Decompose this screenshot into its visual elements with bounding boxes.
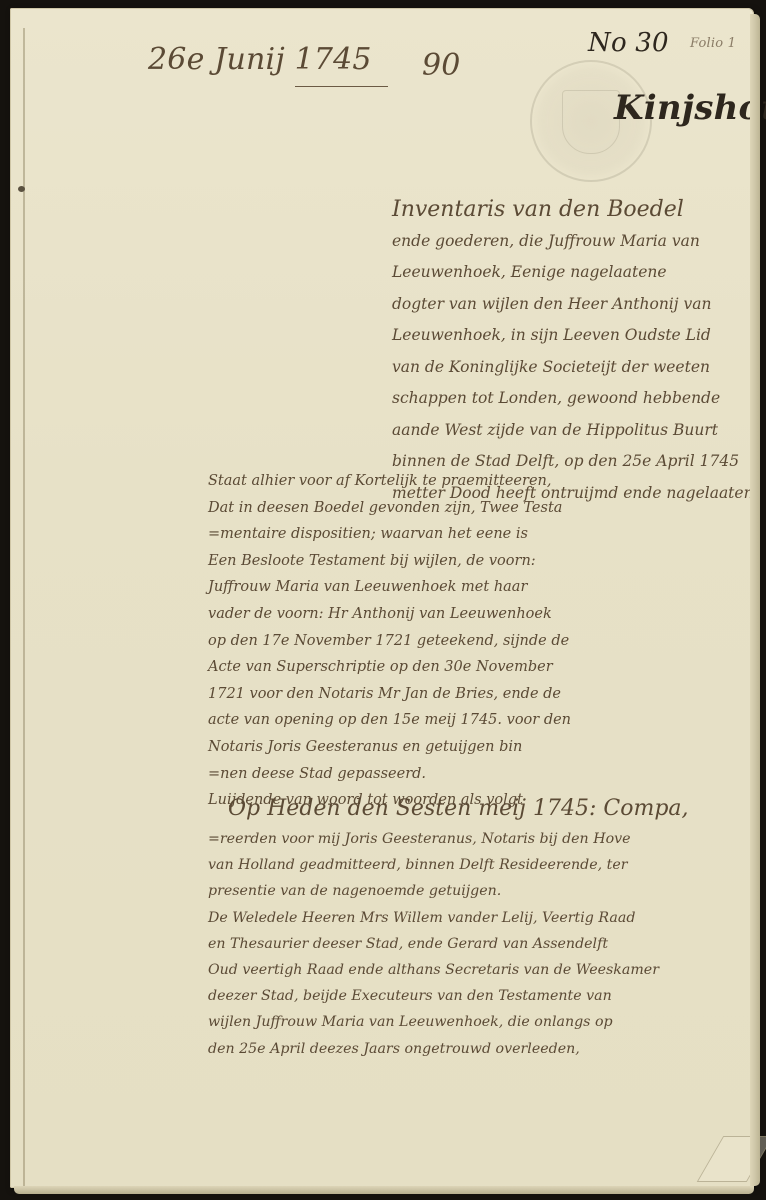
deed-paragraph: Op Heden den Sesten meij 1745: Compa, =r… xyxy=(208,792,766,1062)
deed-line: van Holland geadmitteerd, binnen Delft R… xyxy=(208,852,766,878)
ink-spot xyxy=(18,186,25,192)
date-underline xyxy=(295,86,388,87)
deed-line: presentie van de nagenoemde getuijgen. xyxy=(208,878,766,904)
inventory-title: Inventaris van den Boedel ende goederen,… xyxy=(392,194,766,509)
deed-line: en Thesaurier deeser Stad, ende Gerard v… xyxy=(208,931,766,957)
title-line: schappen tot Londen, gewoond hebbende xyxy=(392,383,766,415)
deed-line: Oud veertigh Raad ende althans Secretari… xyxy=(208,957,766,983)
deed-line: De Weledele Heeren Mrs Willem vander Lel… xyxy=(208,905,766,931)
title-line: Leeuwenhoek, in sijn Leeven Oudste Lid xyxy=(392,320,766,352)
document-number: No 30 xyxy=(588,28,669,58)
preamble-line: 1721 voor den Notaris Mr Jan de Bries, e… xyxy=(208,681,628,708)
deed-line: den 25e April deezes Jaars ongetrouwd ov… xyxy=(208,1036,766,1062)
deed-line: Op Heden den Sesten meij 1745: Compa, xyxy=(208,792,766,826)
preamble-line: Staat alhier voor af Kortelijk te praemi… xyxy=(208,468,628,495)
title-line: van de Koninglijke Societeijt der weeten xyxy=(392,352,766,384)
preamble-line: =nen deese Stad gepasseerd. xyxy=(208,761,628,788)
manuscript-page: 26e Junij 1745 90 No 30 Folio 1 Kinjshot… xyxy=(10,8,754,1188)
folio-count: 90 xyxy=(422,48,461,83)
deed-line: deezer Stad, beijde Executeurs van den T… xyxy=(208,983,766,1009)
preamble-line: =mentaire dispositien; waarvan het eene … xyxy=(208,521,628,548)
page-stack-bottom-edge xyxy=(14,1186,754,1194)
binding-edge xyxy=(23,28,25,1188)
preamble-line: Acte van Superschriptie op den 30e Novem… xyxy=(208,654,628,681)
seal-shield-icon xyxy=(562,90,620,154)
preamble-line: op den 17e November 1721 geteekend, sijn… xyxy=(208,628,628,655)
title-line: aande West zijde van de Hippolitus Buurt xyxy=(392,415,766,447)
document-type: Kinjshot. xyxy=(614,88,766,128)
deed-line: =reerden voor mij Joris Geesteranus, Not… xyxy=(208,826,766,852)
preamble-line: Dat in deesen Boedel gevonden zijn, Twee… xyxy=(208,495,628,522)
header-date: 26e Junij 1745 xyxy=(148,42,372,77)
preamble-line: Een Besloote Testament bij wijlen, de vo… xyxy=(208,548,628,575)
title-line: dogter van wijlen den Heer Anthonij van xyxy=(392,289,766,321)
preamble-line: Notaris Joris Geesteranus en getuijgen b… xyxy=(208,734,628,761)
preamble-line: acte van opening op den 15e meij 1745. v… xyxy=(208,707,628,734)
preamble-line: vader de voorn: Hr Anthonij van Leeuwenh… xyxy=(208,601,628,628)
title-line: Leeuwenhoek, Eenige nagelaatene xyxy=(392,257,766,289)
title-line: Inventaris van den Boedel xyxy=(392,194,766,226)
title-line: ende goederen, die Juffrouw Maria van xyxy=(392,226,766,258)
preamble-paragraph: Staat alhier voor af Kortelijk te praemi… xyxy=(208,468,628,814)
preamble-line: Juffrouw Maria van Leeuwenhoek met haar xyxy=(208,574,628,601)
page-stack-edge xyxy=(750,14,760,1186)
folio-label: Folio 1 xyxy=(690,36,736,51)
deed-line: wijlen Juffrouw Maria van Leeuwenhoek, d… xyxy=(208,1009,766,1035)
